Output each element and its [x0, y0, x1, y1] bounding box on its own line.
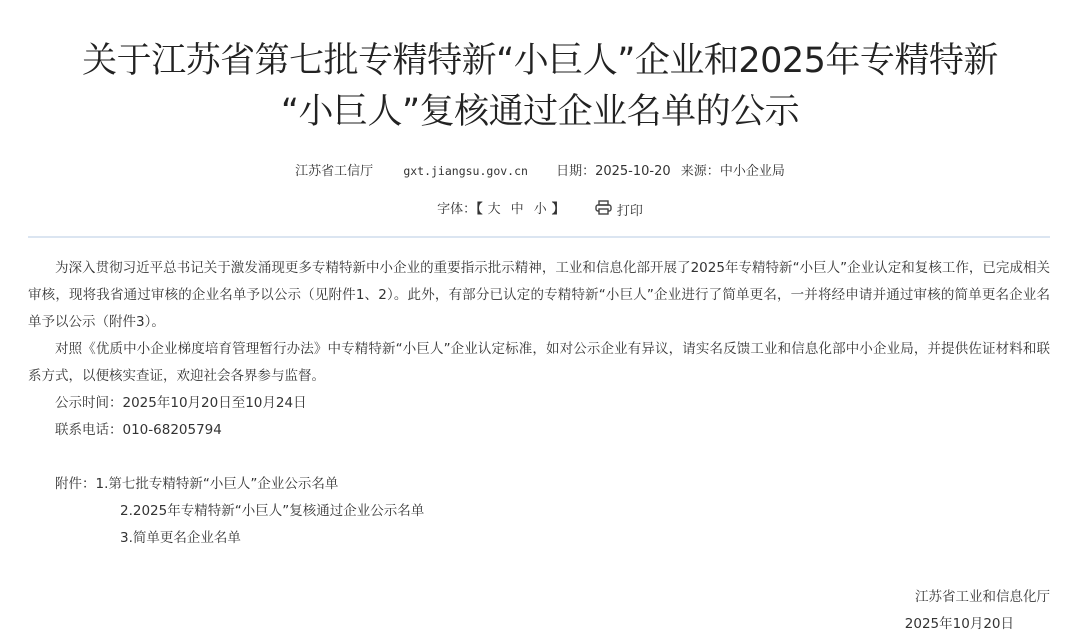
- attachment-link-1[interactable]: 1.第七批专精特新“小巨人”企业公示名单: [96, 476, 339, 492]
- font-size-large-button[interactable]: 大: [488, 202, 501, 217]
- source: 中小企业局: [720, 160, 785, 179]
- contact-phone: 联系电话：010-68205794: [28, 417, 1050, 444]
- bracket-open: 【: [476, 202, 483, 217]
- attachments: 附件：1.第七批专精特新“小巨人”企业公示名单 2.2025年专精特新“小巨人”…: [28, 471, 1050, 552]
- bracket-close: 】: [552, 202, 565, 217]
- printer-icon: [595, 200, 612, 219]
- attachments-label: 附件：: [55, 476, 96, 492]
- paragraph-2: 对照《优质中小企业梯度培育管理暂行办法》中专精特新“小巨人”企业认定标准，如对公…: [28, 336, 1050, 390]
- attachment-link-2[interactable]: 2.2025年专精特新“小巨人”复核通过企业公示名单: [28, 498, 1050, 525]
- article-tools: 字体：【大中小】 打印: [0, 198, 1080, 219]
- page-title-line-1: 关于江苏省第七批专精特新“小巨人”企业和2025年专精特新: [0, 36, 1080, 87]
- publisher: 江苏省工信厅: [295, 160, 373, 179]
- date-label: 日期：: [556, 160, 595, 179]
- publish-date: 2025-10-20: [595, 164, 671, 179]
- font-size-small-button[interactable]: 小: [534, 202, 547, 217]
- paragraph-1: 为深入贯彻习近平总书记关于激发涌现更多专精特新中小企业的重要指示批示精神，工业和…: [28, 255, 1050, 336]
- page-title-line-2: “小巨人”复核通过企业名单的公示: [0, 87, 1080, 138]
- attachment-1-row: 附件：1.第七批专精特新“小巨人”企业公示名单: [28, 471, 1050, 498]
- signature-date: 2025年10月20日: [905, 611, 1050, 638]
- attachment-link-3[interactable]: 3.简单更名企业名单: [28, 525, 1050, 552]
- divider: [28, 236, 1050, 238]
- spacer: [28, 444, 1050, 471]
- print-label: 打印: [617, 200, 643, 219]
- source-label: 来源：: [681, 160, 720, 179]
- page-title: 关于江苏省第七批专精特新“小巨人”企业和2025年专精特新 “小巨人”复核通过企…: [0, 36, 1080, 138]
- print-button[interactable]: 打印: [595, 200, 643, 219]
- font-size-label: 字体：: [437, 202, 476, 217]
- signature: 江苏省工业和信息化厅 2025年10月20日: [905, 584, 1050, 638]
- signature-org: 江苏省工业和信息化厅: [905, 584, 1050, 611]
- font-size-medium-button[interactable]: 中: [511, 202, 524, 217]
- publicity-period: 公示时间：2025年10月20日至10月24日: [28, 390, 1050, 417]
- article-body: 为深入贯彻习近平总书记关于激发涌现更多专精特新中小企业的重要指示批示精神，工业和…: [28, 255, 1050, 552]
- site-url: gxt.jiangsu.gov.cn: [403, 164, 528, 178]
- article-meta: 江苏省工信厅 gxt.jiangsu.gov.cn 日期：2025-10-20 …: [0, 160, 1080, 179]
